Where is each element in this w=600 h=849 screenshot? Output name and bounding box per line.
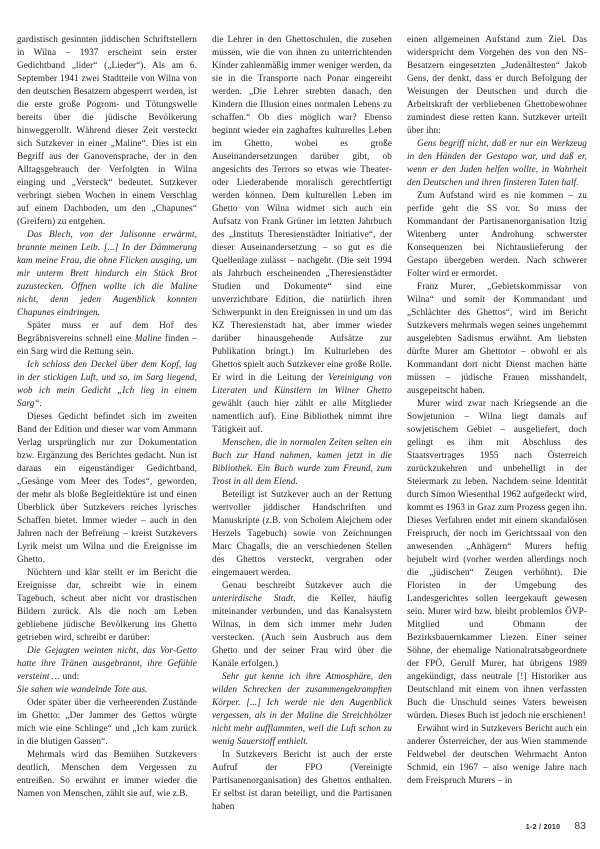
paragraph: Die Gejagten weinten nicht, das Vor-Gett… [17,644,197,683]
text-segment: In Sutzkevers Bericht ist auch der erste… [212,749,392,811]
text-segment: die Lehrer in den Ghettoschulen, die zus… [212,34,392,382]
paragraph: Zum Aufstand wird es nie kommen – zu per… [407,189,587,280]
paragraph: Murer wird zwar nach Kriegsende an die S… [407,397,587,722]
page-number: 83 [574,820,586,832]
text-segment: Dieses Gedicht befindet sich im zweiten … [17,411,197,564]
text-segment: , die Keller, häufig miteinander verbund… [212,593,392,668]
text-segment: einen allgemeinen Aufstand zum Ziel. Das… [407,34,587,135]
italic-text-segment: Sehr gut kenne ich ihre Atmosphäre, den … [212,671,392,746]
page-footer: 1-2 / 2010 83 [526,820,586,832]
paragraph: Ich schloss den Deckel über dem Kopf, la… [17,358,197,410]
text-column-3: einen allgemeinen Aufstand zum Ziel. Das… [407,33,587,811]
text-segment: gewählt (auch hier zählt er alle Mitglie… [212,398,392,434]
paragraph: Sie sahen wie wandelnde Tote aus. [17,683,197,696]
paragraph: Oder später über die verheerenden Zustän… [17,696,197,748]
paragraph: Genau beschreibt Sutzkever auch die unte… [212,579,392,670]
text-segment: gardistisch gesinnten jiddischen Schrift… [17,34,197,226]
italic-text-segment: Maline [135,333,162,343]
text-segment: Zum Aufstand wird es nie kommen – zu per… [407,190,587,278]
journal-page: gardistisch gesinnten jiddischen Schrift… [0,0,600,849]
issue-label: 1-2 / 2010 [526,824,561,831]
italic-text-segment: Menschen, die in normalen Zeiten selten … [212,437,392,486]
text-segment: Oder später über die verheerenden Zustän… [17,697,197,746]
paragraph: einen allgemeinen Aufstand zum Ziel. Das… [407,33,587,137]
paragraph: Sehr gut kenne ich ihre Atmosphäre, den … [212,670,392,748]
italic-text-segment: Die Gejagten weinten nicht, das Vor-Gett… [17,645,197,681]
text-column-2: die Lehrer in den Ghettoschulen, die zus… [212,33,392,811]
italic-text-segment: Gens begriff nicht, daß er nur ein Werkz… [407,138,587,187]
text-segment: Nüchtern und klar stellt er im Bericht d… [17,567,197,642]
paragraph: In Sutzkevers Bericht ist auch der erste… [212,748,392,811]
paragraph: Franz Murer, „Gebietskommissar von Wilna… [407,280,587,397]
text-segment: Mehrmals wird das Bemühen Sutzkevers deu… [17,749,197,798]
paragraph: Erwähnt wird in Sutzkevers Bericht auch … [407,722,587,787]
paragraph: Dieses Gedicht befindet sich im zweiten … [17,410,197,566]
text-segment: Genau beschreibt Sutzkever auch die [222,580,392,590]
paragraph: Beteiligt ist Sutzkever auch an der Rett… [212,488,392,579]
paragraph: Später muss er auf dem Hof des Begräbnis… [17,319,197,358]
italic-text-segment: Sie sahen wie wandelnde Tote aus. [17,684,148,694]
text-segment: und: [60,671,79,681]
italic-text-segment: Das Blech, von der Julisonne erwärmt, br… [17,229,197,317]
paragraph: gardistisch gesinnten jiddischen Schrift… [17,33,197,228]
article-body: gardistisch gesinnten jiddischen Schrift… [17,33,587,811]
text-column-1: gardistisch gesinnten jiddischen Schrift… [17,33,197,811]
italic-text-segment: Ich schloss den Deckel über dem Kopf, la… [17,359,197,408]
paragraph: Das Blech, von der Julisonne erwärmt, br… [17,228,197,319]
paragraph: Nüchtern und klar stellt er im Bericht d… [17,566,197,644]
text-segment: Beteiligt ist Sutzkever auch an der Rett… [212,489,392,577]
text-segment: Murer wird zwar nach Kriegsende an die S… [407,398,587,720]
text-segment: Erwähnt wird in Sutzkevers Bericht auch … [407,723,587,785]
paragraph: Gens begriff nicht, daß er nur ein Werkz… [407,137,587,189]
paragraph: Mehrmals wird das Bemühen Sutzkevers deu… [17,748,197,800]
paragraph: die Lehrer in den Ghettoschulen, die zus… [212,33,392,436]
italic-text-segment: unterirdische Stadt [212,593,293,603]
paragraph: Menschen, die in normalen Zeiten selten … [212,436,392,488]
text-segment: Franz Murer, „Gebietskommissar von Wilna… [407,281,587,395]
